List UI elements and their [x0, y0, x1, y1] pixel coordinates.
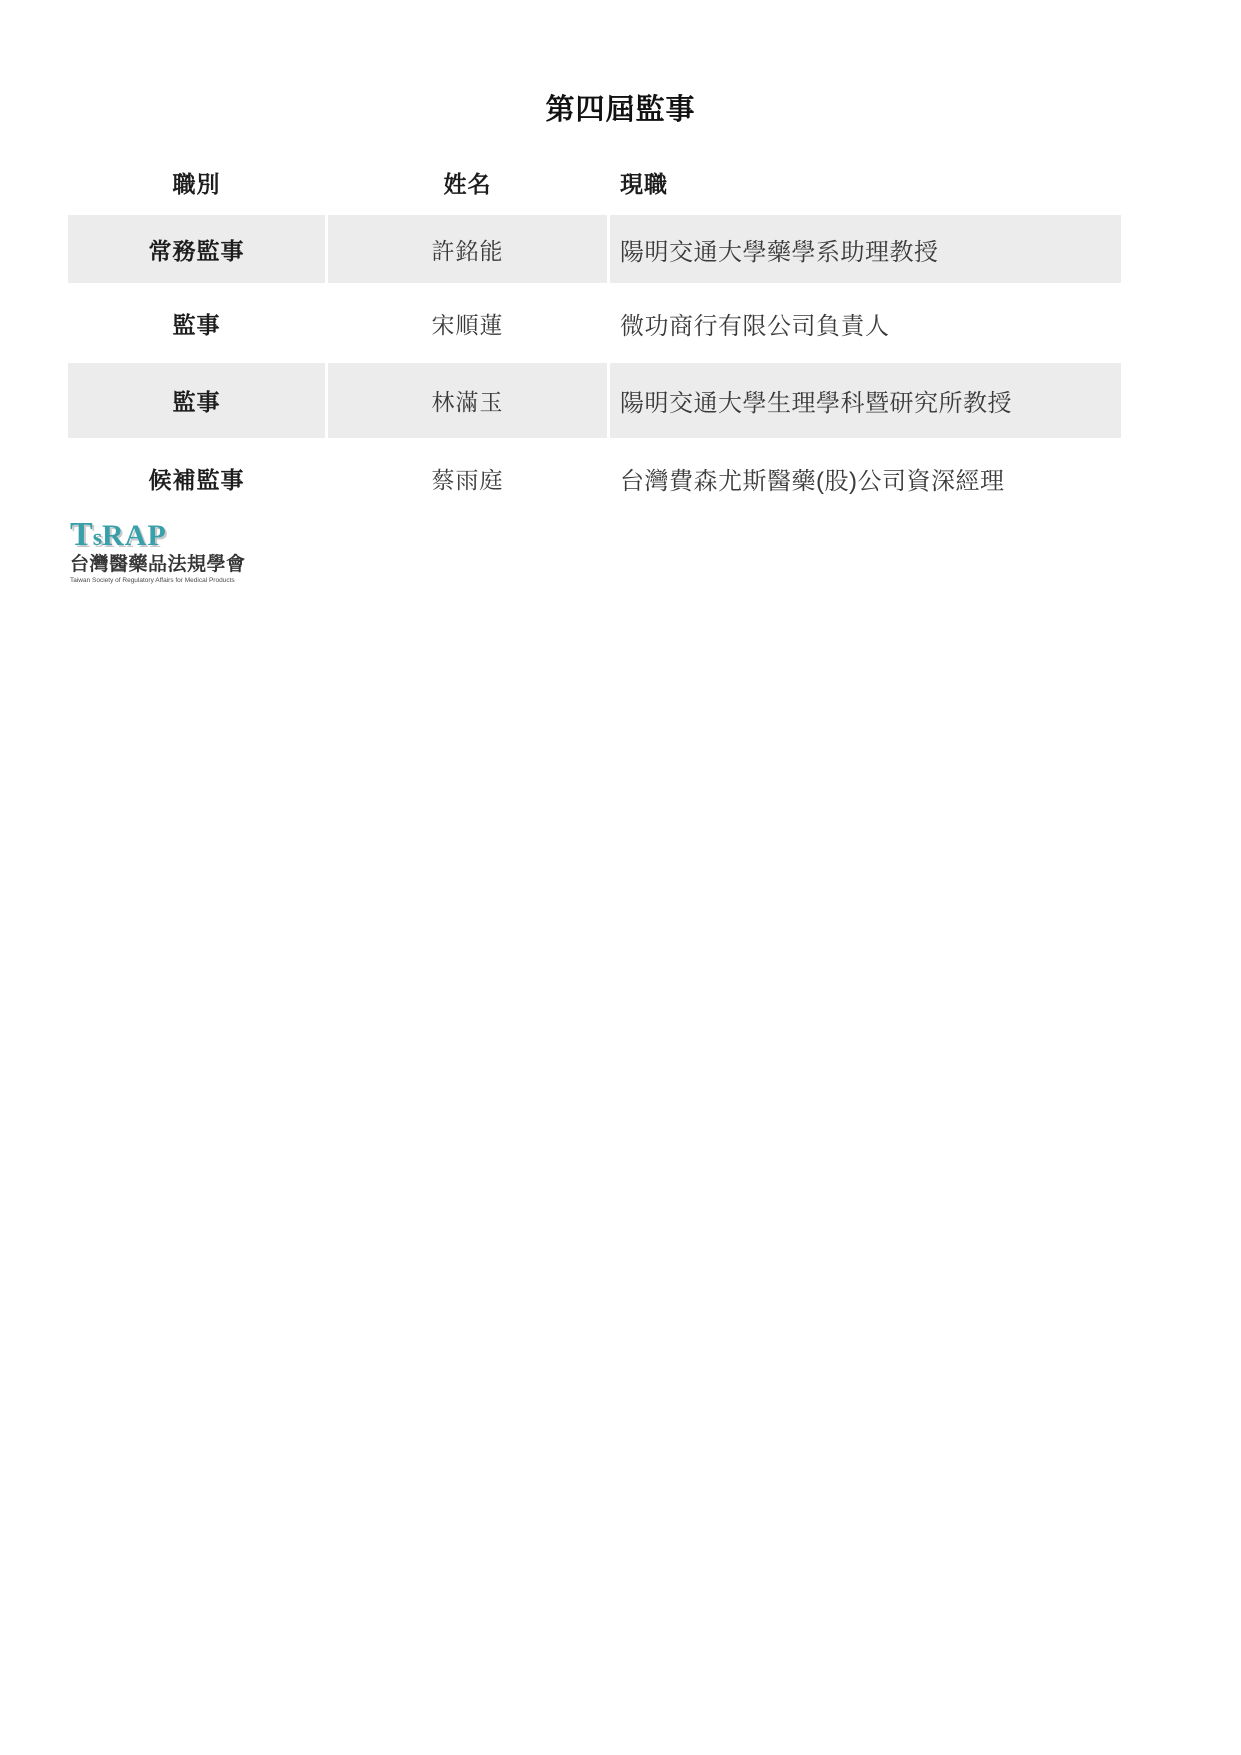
- column-header-current-title: 現職: [610, 150, 1121, 215]
- table-row: 常務監事 許銘能 陽明交通大學藥學系助理教授: [68, 215, 1124, 283]
- wordmark-letter-t: T: [70, 516, 93, 553]
- cell-name: 許銘能: [328, 215, 607, 283]
- cell-name: 宋順蓮: [328, 283, 607, 363]
- cell-position: 監事: [68, 363, 325, 438]
- tsrap-wordmark-logo: TsRAP: [70, 522, 330, 554]
- cell-name: 林滿玉: [328, 363, 607, 438]
- document-page: 第四屆監事 職別 姓名 現職 常務監事 許銘能 陽明交通大學藥學系助理教授 監事…: [0, 0, 1241, 1755]
- table-header-row: 職別 姓名 現職: [68, 150, 1124, 215]
- wordmark-letter-s: s: [93, 525, 102, 551]
- page-title: 第四屆監事: [0, 92, 1241, 128]
- cell-current-title: 微功商行有限公司負責人: [610, 283, 1121, 363]
- cell-current-title: 陽明交通大學生理學科暨研究所教授: [610, 363, 1121, 438]
- organization-name-zh: 台灣醫藥品法規學會: [70, 554, 330, 575]
- column-header-position: 職別: [68, 150, 325, 215]
- supervisors-table: 職別 姓名 現職 常務監事 許銘能 陽明交通大學藥學系助理教授 監事 宋順蓮 微…: [68, 150, 1124, 518]
- tsrap-logo: TsRAP 台灣醫藥品法規學會 Taiwan Society of Regula…: [70, 522, 330, 585]
- wordmark-letters-rap: RAP: [102, 519, 167, 552]
- cell-current-title: 台灣費森尤斯醫藥(股)公司資深經理: [610, 438, 1121, 518]
- cell-current-title: 陽明交通大學藥學系助理教授: [610, 215, 1121, 283]
- organization-name-en: Taiwan Society of Regulatory Affairs for…: [70, 576, 330, 585]
- cell-position: 候補監事: [68, 438, 325, 518]
- table-row: 候補監事 蔡雨庭 台灣費森尤斯醫藥(股)公司資深經理: [68, 438, 1124, 518]
- cell-name: 蔡雨庭: [328, 438, 607, 518]
- table-row: 監事 林滿玉 陽明交通大學生理學科暨研究所教授: [68, 363, 1124, 438]
- cell-position: 常務監事: [68, 215, 325, 283]
- column-header-name: 姓名: [328, 150, 607, 215]
- table-row: 監事 宋順蓮 微功商行有限公司負責人: [68, 283, 1124, 363]
- cell-position: 監事: [68, 283, 325, 363]
